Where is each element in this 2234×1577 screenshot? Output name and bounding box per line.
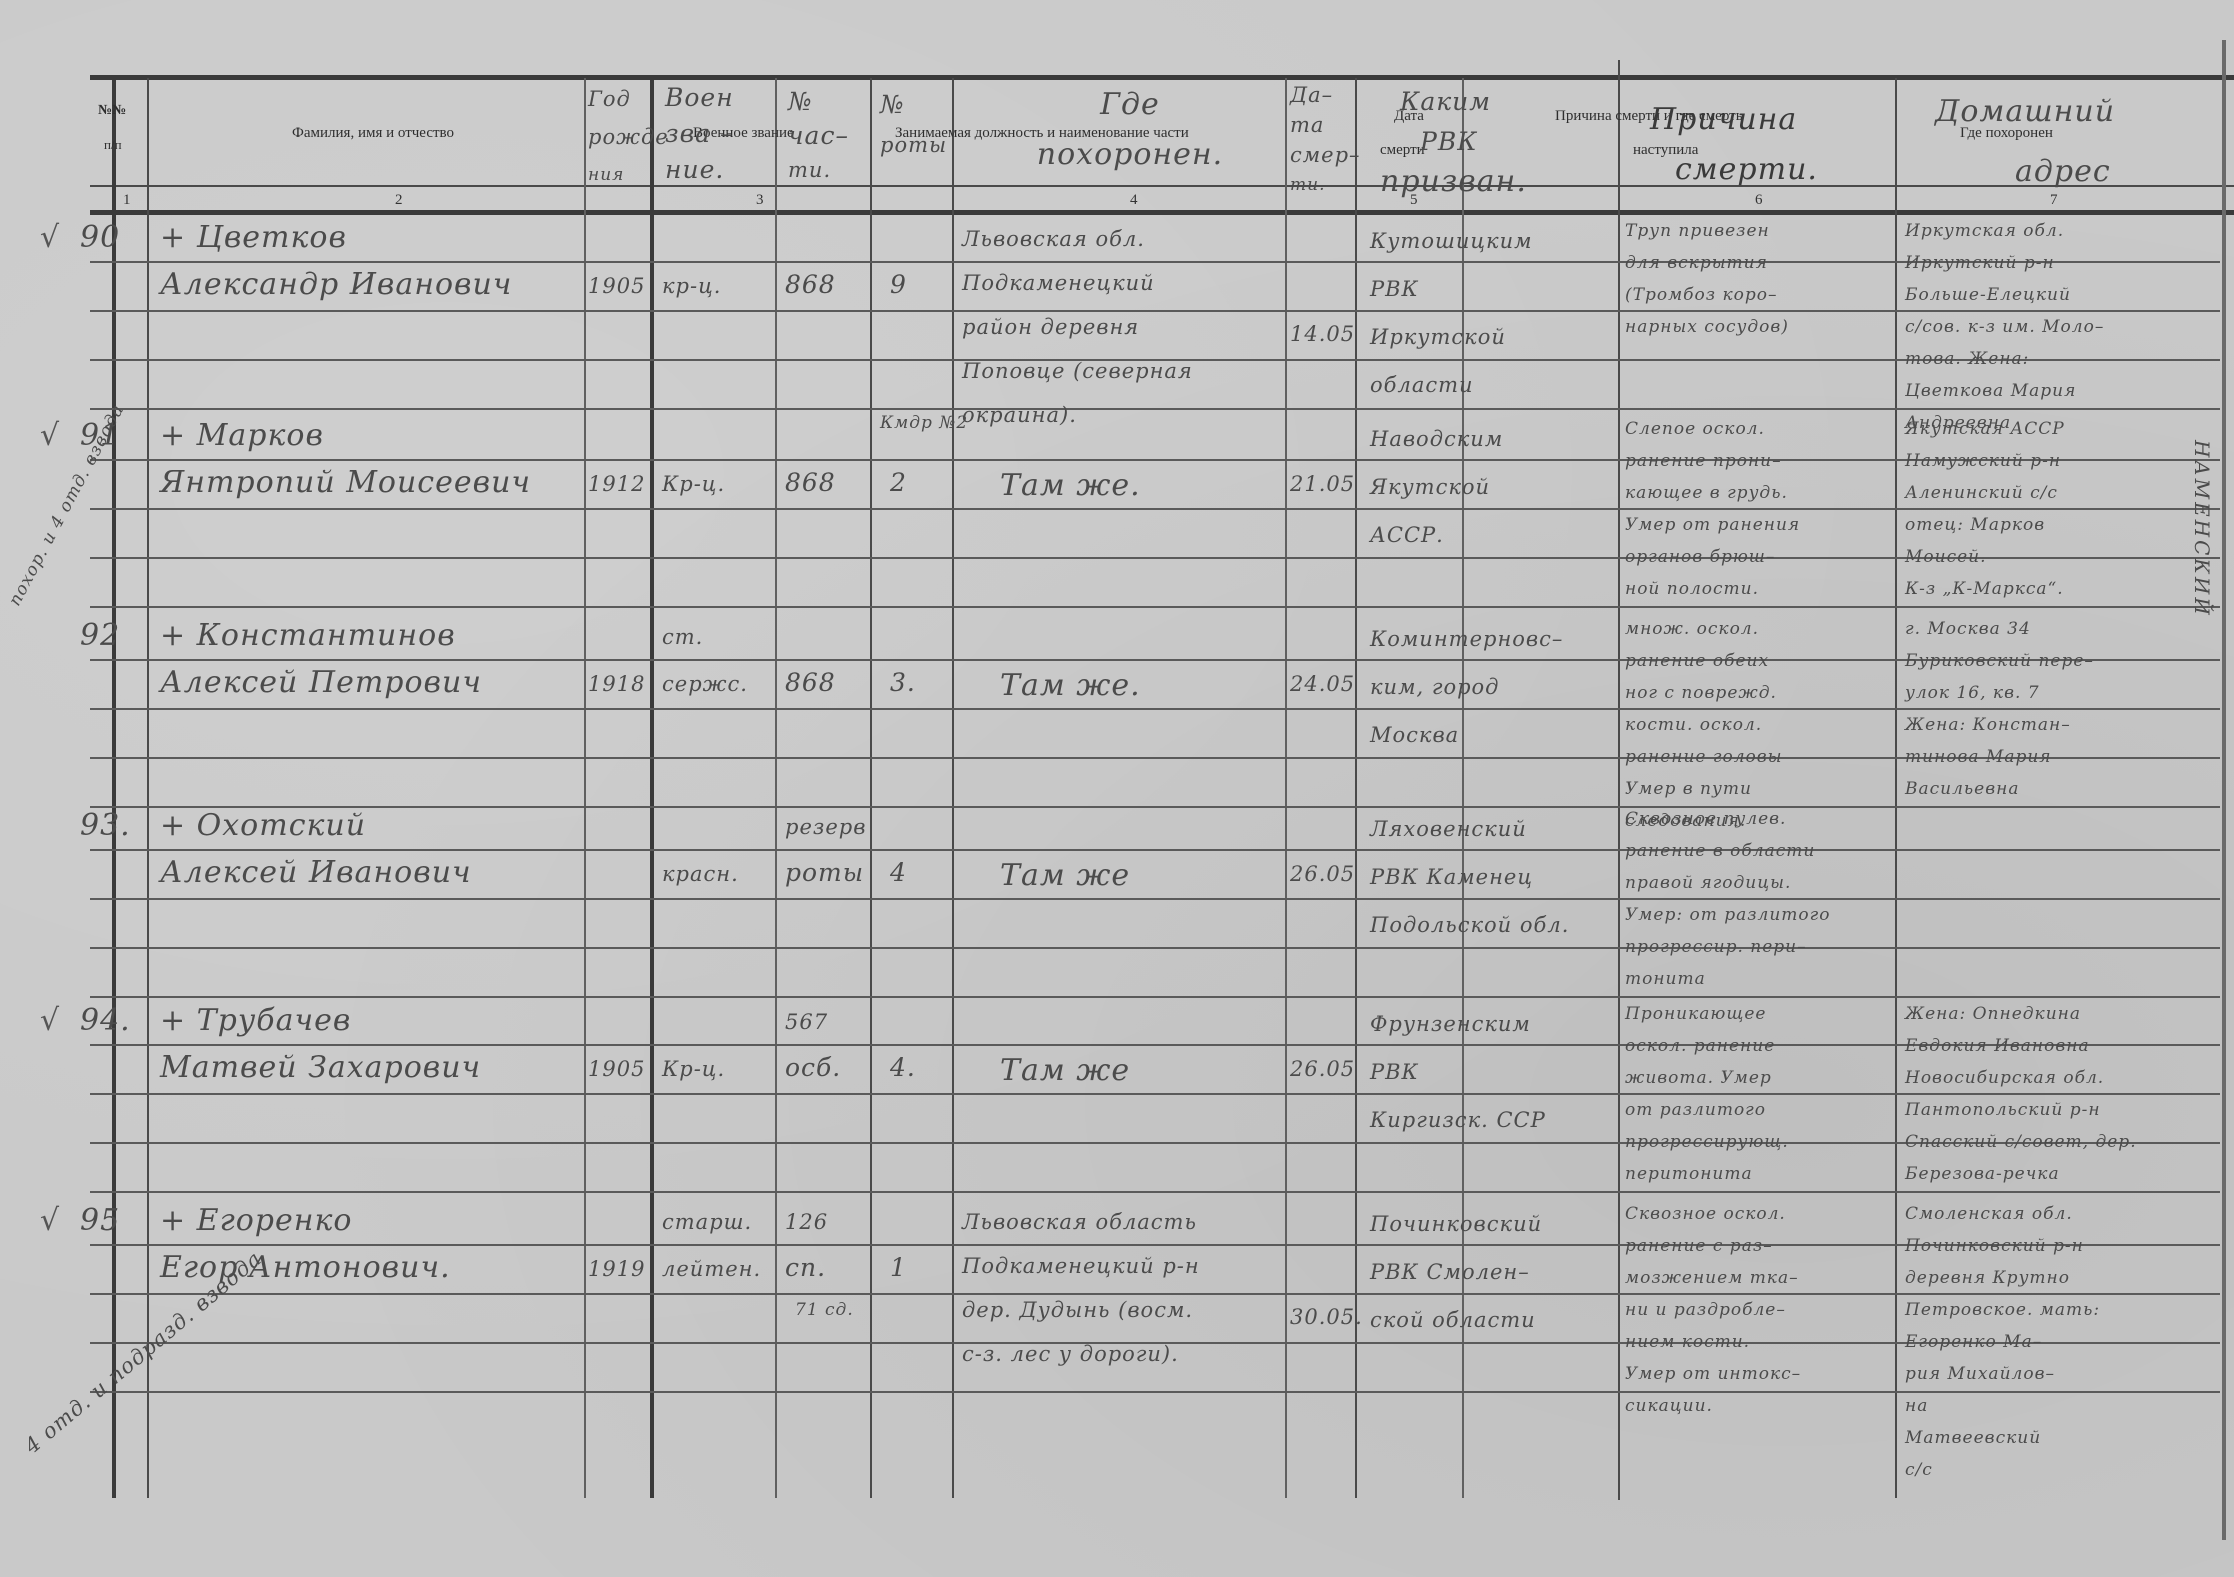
record-rvk-line: Починковский <box>1370 1200 1542 1248</box>
record-rvk-line: Коминтерновс– <box>1370 615 1563 663</box>
record-rvk: ПочинковскийРВК Смолен–ской области <box>1370 1200 1542 1344</box>
record-cause-line: ной полости. <box>1625 573 1800 605</box>
record-rank: Кр-ц. <box>662 472 725 496</box>
record-burial-place: Львовская областьПодкаменецкий р-ндер. Д… <box>962 1200 1200 1376</box>
record-burial-place-line: район деревня <box>962 305 1193 349</box>
record-rank-top: ст. <box>662 625 703 649</box>
record-home-address-line: Пантопольский р-н <box>1905 1094 2137 1126</box>
record-home-address-line: Жена: Констан– <box>1905 709 2094 741</box>
record-burial-place: Там же <box>1000 858 1130 893</box>
record-home-address-line: Цветкова Мария <box>1905 375 2104 407</box>
record-cause-line: мозжением тка– <box>1625 1262 1801 1294</box>
record-cause-line: перитонита <box>1625 1158 1789 1190</box>
record-cause-line: Труп привезен <box>1625 215 1789 247</box>
row-rule <box>90 849 2220 851</box>
record-cause-line: ранение в области <box>1625 835 1830 867</box>
record-unit-extra: 71 сд. <box>795 1300 854 1320</box>
record-death-date: 30.05. <box>1290 1305 1363 1329</box>
record-rvk-line: Иркутской <box>1370 313 1533 361</box>
record-rvk-line: Фрунзенским <box>1370 1000 1546 1048</box>
record-home-address-line: Новосибирская обл. <box>1905 1062 2137 1094</box>
record-cause-line: ранение головы <box>1625 741 1783 773</box>
record-unit: роты <box>785 858 864 887</box>
record-rank: лейтен. <box>662 1257 761 1281</box>
column-number: 3 <box>756 192 764 209</box>
record-cause-line: Сквозное пулев. <box>1625 803 1830 835</box>
record-cause-line: ног с поврежд. <box>1625 677 1783 709</box>
hw-header-cause: Причина смерти. <box>1650 95 1818 195</box>
record-death-date: 21.05 <box>1290 472 1355 496</box>
record-unit-top: резерв <box>785 815 866 839</box>
hw-header-date: Да– та смер– ти. <box>1290 80 1361 200</box>
row-rule <box>90 659 2220 661</box>
record-rvk-line: Ляховенский <box>1370 805 1569 853</box>
record-surname: + Егоренко <box>160 1203 353 1238</box>
record-number: 94. <box>80 1003 131 1038</box>
record-company: 4 <box>890 858 907 887</box>
row-rule <box>90 508 2220 510</box>
record-home-address-line: това. Жена: <box>1905 343 2104 375</box>
record-burial-place-line: дер. Дудынь (восм. <box>962 1288 1200 1332</box>
hw-header-buried: Где похоронен. <box>1000 80 1260 180</box>
record-cause-line: ранение прони– <box>1625 445 1800 477</box>
header-num: №№ <box>98 103 126 119</box>
record-unit-top: 567 <box>785 1010 828 1034</box>
header-name: Фамилия, имя и отчество <box>292 125 454 142</box>
column-number: 2 <box>395 192 403 209</box>
record-rvk: ЛяховенскийРВК КаменецПодольской обл. <box>1370 805 1569 949</box>
hw-header-rank: Воен зва – ние. <box>665 80 734 188</box>
record-cause: Слепое оскол.ранение прони–кающее в груд… <box>1625 413 1800 605</box>
record-cause: Проникающееоскол. ранениеживота. Умерот … <box>1625 998 1789 1190</box>
col-divider <box>1285 78 1287 1498</box>
record-rank: кр-ц. <box>662 274 721 298</box>
record-cause: Сквозное пулев.ранение в областиправой я… <box>1625 803 1830 995</box>
record-death-date: 24.05 <box>1290 672 1355 696</box>
check-mark-icon: √ <box>40 1203 59 1238</box>
row-rule <box>90 557 2220 559</box>
row-rule <box>90 1191 2220 1193</box>
record-cause-line: Сквозное оскол. <box>1625 1198 1801 1230</box>
record-home-address-line: с/с <box>1905 1454 2100 1486</box>
record-cause-line: сикации. <box>1625 1390 1801 1422</box>
record-unit: 868 <box>785 270 836 299</box>
record-rvk: КутошицкимРВКИркутскойобласти <box>1370 217 1533 409</box>
record-home-address-line: улок 16, кв. 7 <box>1905 677 2094 709</box>
row-rule <box>90 757 2220 759</box>
row-rule <box>90 606 2220 608</box>
record-home-address-line: Иркутская обл. <box>1905 215 2104 247</box>
hw-header-line: РВК <box>1420 122 1527 162</box>
row-rule <box>90 898 2220 900</box>
record-burial-place-line: Подкаменецкий р-н <box>962 1244 1200 1288</box>
hw-header-line: та <box>1290 110 1361 140</box>
record-home-address-line: Васильевна <box>1905 773 2094 805</box>
record-unit: 868 <box>785 468 836 497</box>
margin-note: 4 отд. и подразд. взвода <box>20 1246 266 1458</box>
record-home-address-line: г. Москва 34 <box>1905 613 2094 645</box>
record-rvk: ФрунзенскимРВККиргизск. ССР <box>1370 1000 1546 1144</box>
record-rvk-line: Кутошицким <box>1370 217 1533 265</box>
record-cause-line: нием кости. <box>1625 1326 1801 1358</box>
record-cause-line: органов брюш– <box>1625 541 1800 573</box>
record-company: 3. <box>890 668 916 697</box>
record-rvk-line: Подольской обл. <box>1370 901 1569 949</box>
hw-header-line: Каким <box>1400 82 1527 122</box>
record-company: 9 <box>890 270 907 299</box>
record-number: 90 <box>80 220 120 255</box>
record-home-address-line: отец: Марков <box>1905 509 2065 541</box>
column-number: 1 <box>123 192 131 209</box>
record-birth-year: 1918 <box>588 672 645 696</box>
record-given-names: Алексей Иванович <box>160 855 472 890</box>
row-rule <box>90 806 2220 808</box>
record-given-names: Александр Иванович <box>160 267 512 302</box>
col-divider <box>112 78 116 1498</box>
record-home-address-line: Спасский с/совет, дер. <box>1905 1126 2137 1158</box>
record-home-address-line: Егоренко Ма– <box>1905 1326 2100 1358</box>
col-divider <box>870 78 872 1498</box>
record-unit: осб. <box>785 1053 841 1082</box>
record-home-address-line: Евдокия Ивановна <box>1905 1030 2137 1062</box>
record-home-address-line: рия Михайлов– <box>1905 1358 2100 1390</box>
record-number: 95 <box>80 1203 120 1238</box>
record-cause-line: (Тромбоз коро– <box>1625 279 1789 311</box>
row-rule <box>90 459 2220 461</box>
record-given-names: Алексей Петрович <box>160 665 482 700</box>
hw-header-line: Воен <box>665 80 734 116</box>
record-number: 93. <box>80 808 131 843</box>
hw-header-line: Да– <box>1290 80 1361 110</box>
record-home-address-line: Смоленская обл. <box>1905 1198 2100 1230</box>
check-mark-icon: √ <box>40 1003 59 1038</box>
record-death-date: 26.05 <box>1290 862 1355 886</box>
record-rvk-line: Москва <box>1370 711 1563 759</box>
hw-header-line: смерти. <box>1675 145 1818 195</box>
hw-header-home: Домашний адрес <box>1935 82 2115 202</box>
header-rule <box>90 185 2234 187</box>
record-unit: сп. <box>785 1253 826 1282</box>
record-cause-line: тонита <box>1625 963 1830 995</box>
record-home-address: Иркутская обл.Иркутский р-нБольше-Елецки… <box>1905 215 2104 439</box>
record-rank-top: старш. <box>662 1210 752 1234</box>
record-cause-line: оскол. ранение <box>1625 1030 1789 1062</box>
record-home-address: Жена: ОпнедкинаЕвдокия ИвановнаНовосибир… <box>1905 998 2137 1190</box>
row-rule <box>90 1142 2220 1144</box>
record-cause-line: правой ягодицы. <box>1625 867 1830 899</box>
record-home-address-line: Петровское. мать: <box>1905 1294 2100 1326</box>
record-cause-line: Проникающее <box>1625 998 1789 1030</box>
record-cause-line: для вскрытия <box>1625 247 1789 279</box>
hw-header-line: зва – <box>665 116 734 152</box>
record-rvk: Коминтерновс–ким, городМосква <box>1370 615 1563 759</box>
record-cause-line: Умер в пути <box>1625 773 1783 805</box>
record-home-address-line: на <box>1905 1390 2100 1422</box>
right-edge <box>2222 40 2226 1540</box>
hw-header-line: похоронен. <box>1037 130 1223 180</box>
hw-header-line: № <box>880 85 947 125</box>
record-rvk: НаводскимЯкутскойАССР. <box>1370 415 1503 559</box>
hw-header-rvk: Каким РВК призван. <box>1380 82 1527 202</box>
margin-note: похор. и 4 отд. взвода <box>5 401 128 609</box>
hw-header-line: Домашний <box>1935 82 2115 142</box>
record-cause-line: ранение с раз– <box>1625 1230 1801 1262</box>
record-death-date: 26.05 <box>1290 1057 1355 1081</box>
record-rvk-line: РВК Смолен– <box>1370 1248 1542 1296</box>
record-rvk-line: ким, город <box>1370 663 1563 711</box>
record-burial-place: Там же <box>1000 1053 1130 1088</box>
record-surname: + Марков <box>160 418 324 453</box>
header-num-sub: п/п <box>104 137 122 153</box>
record-cause-line: прогрессир. пери– <box>1625 931 1830 963</box>
record-home-address-line: Жена: Опнедкина <box>1905 998 2137 1030</box>
record-burial-place-line: Поповце (северная <box>962 349 1193 393</box>
register-sheet: №№ п/п Фамилия, имя и отчество Военное з… <box>0 0 2234 1577</box>
record-unit: 868 <box>785 668 836 697</box>
record-home-address-line: тинова Мария <box>1905 741 2094 773</box>
row-rule <box>90 1044 2220 1046</box>
record-cause-line: живота. Умер <box>1625 1062 1789 1094</box>
record-rvk-line: Якутской <box>1370 463 1503 511</box>
record-cause: Сквозное оскол.ранение с раз–мозжением т… <box>1625 1198 1801 1422</box>
record-home-address: Смоленская обл.Починковский р-ндеревня К… <box>1905 1198 2100 1486</box>
record-given-names: Егор Антонович. <box>160 1250 451 1285</box>
record-cause-line: нарных сосудов) <box>1625 311 1789 343</box>
record-cause-line: Умер от ранения <box>1625 509 1800 541</box>
record-surname: + Трубачев <box>160 1003 351 1038</box>
record-rank: красн. <box>662 862 739 886</box>
hw-header-unit: № час– ти. <box>788 85 849 187</box>
record-company: 4. <box>890 1053 916 1082</box>
record-rvk-line: РВК <box>1370 265 1533 313</box>
row-rule <box>90 947 2220 949</box>
record-death-date: 14.05 <box>1290 322 1355 346</box>
record-cause-line: Умер: от разлитого <box>1625 899 1830 931</box>
record-rank: сержс. <box>662 672 748 696</box>
record-cause-line: от разлитого <box>1625 1094 1789 1126</box>
hw-header-line: Причина <box>1650 95 1818 145</box>
record-cause-line: кающее в грудь. <box>1625 477 1800 509</box>
col-divider <box>952 78 954 1498</box>
record-rvk-line: области <box>1370 361 1533 409</box>
row-rule <box>90 996 2220 998</box>
hw-header-line: призван. <box>1380 162 1527 202</box>
record-home-address-line: Березова-речка <box>1905 1158 2137 1190</box>
record-birth-year: 1912 <box>588 472 645 496</box>
hw-header-line: смер– <box>1290 140 1361 170</box>
check-mark-icon: √ <box>40 220 59 255</box>
row-rule <box>90 708 2220 710</box>
record-surname: + Константинов <box>160 618 456 653</box>
record-home-address-line: Починковский р-н <box>1905 1230 2100 1262</box>
hw-header-line: ния <box>588 156 669 194</box>
record-given-names: Янтропий Моисеевич <box>160 465 531 500</box>
record-birth-year: 1905 <box>588 274 645 298</box>
col-divider <box>775 78 777 1498</box>
record-rvk-line: РВК Каменец <box>1370 853 1569 901</box>
record-surname: + Охотский <box>160 808 366 843</box>
record-cause-line: ранение обеих <box>1625 645 1783 677</box>
record-home-address-line: Больше-Елецкий <box>1905 279 2104 311</box>
hw-header-line: рожде <box>588 118 669 156</box>
hw-header-line: роты <box>880 125 947 165</box>
record-home-address-line: К-з „К-Маркса“. <box>1905 573 2065 605</box>
record-home-address-line: Матвеевский <box>1905 1422 2100 1454</box>
record-burial-place-line: Подкаменецкий <box>962 261 1193 305</box>
check-mark-icon: √ <box>40 418 59 453</box>
record-home-address-line: Иркутский р-н <box>1905 247 2104 279</box>
record-home-address-line: с/сов. к-з им. Моло– <box>1905 311 2104 343</box>
record-cause-line: кости. оскол. <box>1625 709 1783 741</box>
record-home-address: г. Москва 34Буриковский пере–улок 16, кв… <box>1905 613 2094 805</box>
record-burial-place: Львовская обл.Подкаменецкийрайон деревня… <box>962 217 1193 437</box>
col-divider <box>1895 78 1897 1498</box>
record-home-address-line: Аленинский с/с <box>1905 477 2065 509</box>
record-burial-place: Там же. <box>1000 668 1141 703</box>
record-unit-top: 126 <box>785 1210 828 1234</box>
record-home-address-line: Намужский р-н <box>1905 445 2065 477</box>
record-birth-year: 1905 <box>588 1057 645 1081</box>
record-burial-place-line: окраина). <box>962 393 1193 437</box>
record-rvk-line: РВК <box>1370 1048 1546 1096</box>
record-burial-place-line: Львовская обл. <box>962 217 1193 261</box>
record-cause-line: Умер от интокс– <box>1625 1358 1801 1390</box>
record-rank: Кр-ц. <box>662 1057 725 1081</box>
col-divider <box>650 78 654 1498</box>
record-cause-line: Слепое оскол. <box>1625 413 1800 445</box>
hw-header-line: час– <box>788 119 849 153</box>
hw-header-birth: Год рожде ния <box>588 80 669 194</box>
record-given-names: Матвей Захарович <box>160 1050 481 1085</box>
col-divider <box>1618 60 1620 1500</box>
column-number: 4 <box>1130 192 1138 209</box>
record-home-address-line: Якутская АССР <box>1905 413 2065 445</box>
record-home-address-line: деревня Крутно <box>1905 1262 2100 1294</box>
record-home-address-line: Буриковский пере– <box>1905 645 2094 677</box>
hw-header-line: ти. <box>788 153 849 187</box>
hw-header-line: адрес <box>2015 142 2115 202</box>
record-cause-line: прогрессирующ. <box>1625 1126 1789 1158</box>
record-birth-year: 1919 <box>588 1257 645 1281</box>
record-company: 2 <box>890 468 907 497</box>
hw-header-line: Год <box>588 80 669 118</box>
record-cause-line: множ. оскол. <box>1625 613 1783 645</box>
row-rule <box>90 1093 2220 1095</box>
hw-header-line: № <box>788 85 849 119</box>
hw-header-company: № роты <box>880 85 947 165</box>
record-surname: + Цветков <box>160 220 347 255</box>
col-divider <box>147 78 149 1498</box>
record-home-vertical-note: НАМЕНСКИЙ <box>2190 440 2214 618</box>
hw-header-line: ние. <box>665 152 734 188</box>
record-burial-place-line: Львовская область <box>962 1200 1200 1244</box>
col-divider <box>1355 78 1357 1498</box>
record-company-top: Кмдр №2 <box>880 413 968 433</box>
hw-header-line: Где <box>1100 80 1160 130</box>
record-rvk-line: ской области <box>1370 1296 1542 1344</box>
record-home-address-line: Моисей. <box>1905 541 2065 573</box>
row-rule <box>90 1391 2220 1393</box>
record-company: 1 <box>890 1253 907 1282</box>
record-rvk-line: Наводским <box>1370 415 1503 463</box>
record-cause-line: ни и раздробле– <box>1625 1294 1801 1326</box>
record-rvk-line: АССР. <box>1370 511 1503 559</box>
record-burial-place-line: с-з. лес у дороги). <box>962 1332 1200 1376</box>
record-home-address: Якутская АССРНамужский р-нАленинский с/с… <box>1905 413 2065 605</box>
col-divider <box>584 78 586 1498</box>
record-number: 92 <box>80 618 120 653</box>
record-burial-place: Там же. <box>1000 468 1141 503</box>
hw-header-line: ти. <box>1290 170 1361 200</box>
record-cause: Труп привезендля вскрытия(Тромбоз коро–н… <box>1625 215 1789 343</box>
record-rvk-line: Киргизск. ССР <box>1370 1096 1546 1144</box>
